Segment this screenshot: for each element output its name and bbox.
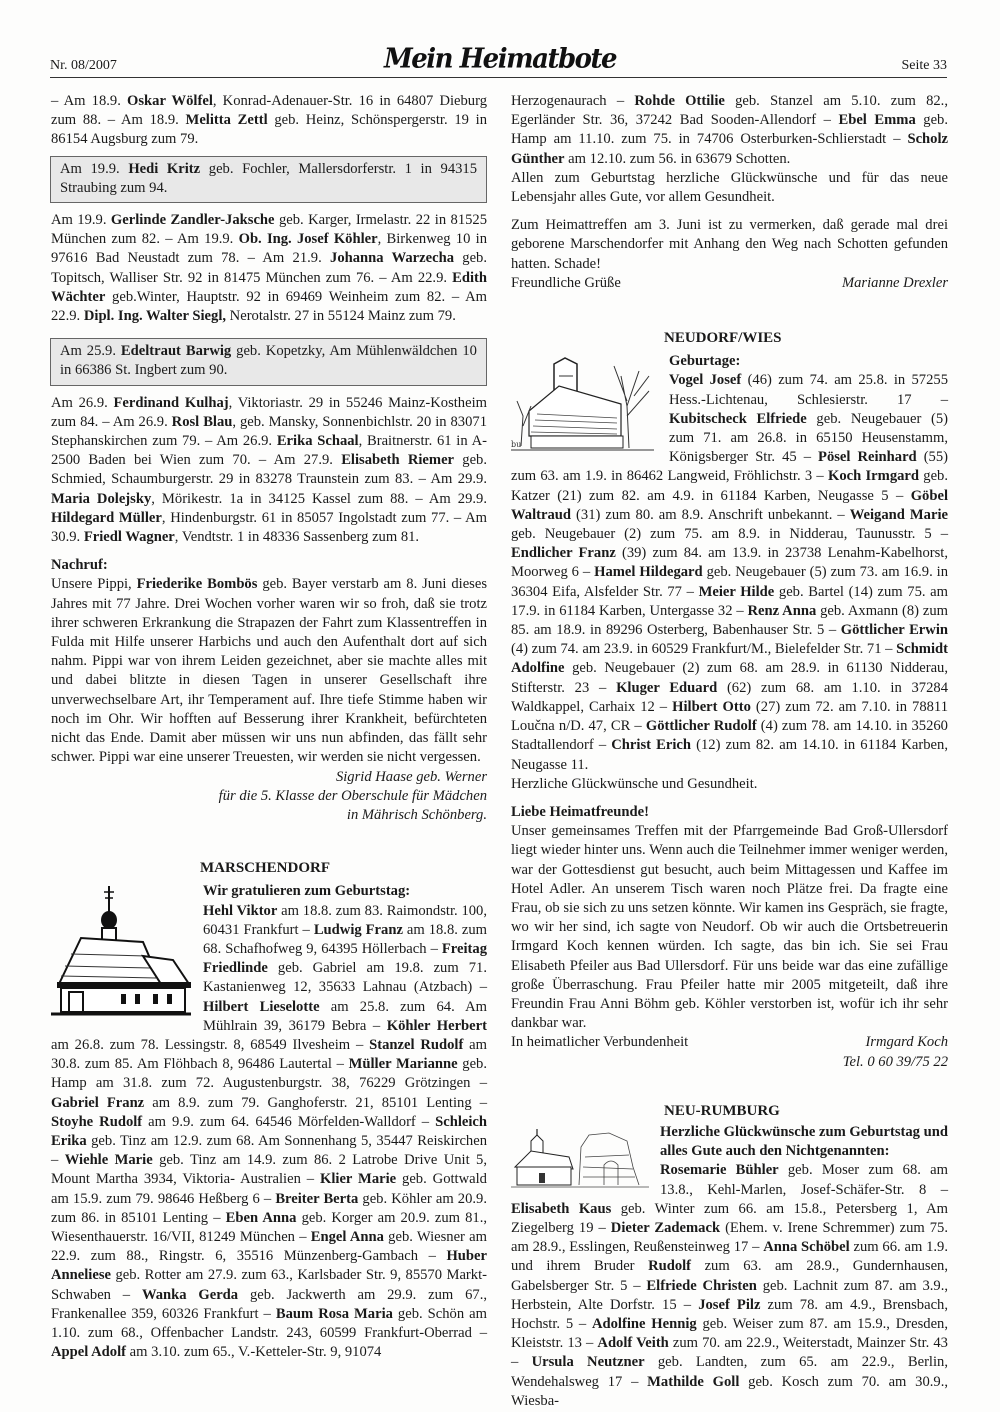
signature: Sigrid Haase geb. Werner [51, 768, 487, 787]
person-name: Ursula Neutzner [532, 1354, 645, 1370]
person-name: Edeltraut Barwig [121, 343, 231, 359]
person-name: Gerlinde Zandler-Jaksche [111, 212, 275, 228]
person-name: Stoyhe Rudolf [51, 1114, 142, 1130]
phone-number: Tel. 0 60 39/75 22 [511, 1053, 948, 1072]
birthday-list: Rosemarie Bühler geb. Moser zum 68. am 1… [511, 1161, 948, 1411]
highlight-text: Am 19.9. Hedi Kritz geb. Fochler, Maller… [60, 160, 477, 198]
closing-text: In heimatlicher Verbundenheit [511, 1033, 688, 1052]
right-column: Herzogenaurach – Rohde Ottilie geb. Stan… [511, 92, 948, 1411]
person-name: Weigand Marie [850, 507, 948, 523]
person-name: Göttlicher Rudolf [646, 718, 757, 734]
obituary-text: Unsere Pippi, Friederike Bombös geb. Bay… [51, 575, 487, 767]
person-name: Adolf Veith [597, 1335, 668, 1351]
birthday-paragraph: Am 26.9. Ferdinand Kulhaj, Viktoriastr. … [51, 394, 487, 548]
person-name: Wiehle Marie [65, 1152, 153, 1168]
person-name: Hilbert Otto [672, 699, 751, 715]
person-name: Meier Hilde [699, 584, 775, 600]
person-name: Köhler Herbert [387, 1018, 487, 1034]
section-title-neu-rumburg: NEU-RUMBURG [664, 1102, 948, 1121]
person-name: Maria Dolejsky [51, 491, 151, 507]
person-name: Baum Rosa Maria [276, 1306, 393, 1322]
highlight-box: Am 25.9. Edeltraut Barwig geb. Kopetzky,… [50, 338, 487, 385]
header-rule [50, 77, 947, 78]
person-name: Wanka Gerda [142, 1287, 238, 1303]
person-name: Johanna Warzecha [330, 250, 454, 266]
person-name: Engel Anna [311, 1229, 384, 1245]
letter-body: Unser gemeinsames Treffen mit der Pfarrg… [511, 822, 948, 1033]
person-name: Endlicher Franz [511, 545, 616, 561]
person-name: Scholz Günther [511, 131, 948, 166]
svg-text:bu: bu [511, 440, 521, 449]
person-name: Mathilde Goll [647, 1374, 739, 1390]
closing-signature: Irmgard Koch [865, 1033, 948, 1052]
left-column: – Am 18.9. Oskar Wölfel, Konrad-Adenauer… [51, 92, 487, 1362]
person-name: Stanzel Rudolf [369, 1037, 463, 1053]
note-paragraph: Zum Heimattreffen am 3. Juni ist zu verm… [511, 216, 948, 274]
person-name: Erika Schaal [277, 433, 359, 449]
person-name: Melitta Zettl [186, 112, 268, 128]
person-name: Klier Marie [320, 1171, 396, 1187]
person-name: Elisabeth Riemer [341, 452, 454, 468]
highlight-text: Am 25.9. Edeltraut Barwig geb. Kopetzky,… [60, 342, 477, 380]
obituary-heading: Nachruf: [51, 556, 487, 575]
person-name: Göttlicher Erwin [841, 622, 948, 638]
newspaper-page: Nr. 08/2007 Mein Heimatbote Seite 33 – A… [0, 0, 1000, 1412]
signature-line: für die 5. Klasse der Oberschule für Mäd… [51, 787, 487, 806]
highlight-box: Am 19.9. Hedi Kritz geb. Fochler, Maller… [50, 156, 487, 203]
person-name: Freitag Friedlinde [203, 941, 487, 976]
person-name: Rudolf [648, 1258, 691, 1274]
person-name: Vogel Josef [669, 372, 741, 388]
person-name: Hamel Hildegard [594, 564, 703, 580]
person-name: Josef Pilz [698, 1297, 760, 1313]
person-name: Friederike Bombös [137, 576, 258, 592]
person-name: Kubitscheck Elfriede [669, 411, 807, 427]
person-name: Anna Schöbel [763, 1239, 850, 1255]
person-name: Ob. Ing. Josef Köhler [239, 231, 378, 247]
person-name: Gabriel Franz [51, 1095, 144, 1111]
birthday-paragraph: Am 19.9. Gerlinde Zandler-Jaksche geb. K… [51, 211, 487, 326]
closing-text: Freundliche Grüße [511, 274, 621, 293]
person-name: Müller Marianne [349, 1056, 458, 1072]
chapel-illustration [509, 1127, 652, 1189]
person-name: Friedl Wagner [84, 529, 175, 545]
person-name: Adolfine Hennig [592, 1316, 697, 1332]
letter-closing: In heimatlicher Verbundenheit Irmgard Ko… [511, 1033, 948, 1052]
person-name: Ludwig Franz [314, 922, 403, 938]
person-name: Eben Anna [226, 1210, 297, 1226]
person-name: Edith Wächter [51, 270, 487, 305]
church-illustration [51, 884, 193, 1016]
person-name: Pösel Reinhard [818, 449, 917, 465]
greeting-paragraph: Allen zum Geburtstag herzliche Glückwüns… [511, 169, 948, 207]
person-name: Breiter Berta [275, 1191, 358, 1207]
person-name: Koch Irmgard [828, 468, 919, 484]
person-name: Schmidt Adolfine [511, 641, 948, 676]
person-name: Dieter Zademack [611, 1220, 720, 1236]
person-name: Hildegard Müller [51, 510, 162, 526]
person-name: Hilbert Lieselotte [203, 999, 320, 1015]
person-name: Christ Erich [611, 737, 691, 753]
person-name: Ebel Emma [838, 112, 915, 128]
closing-signature: Marianne Drexler [842, 274, 948, 293]
person-name: Rohde Ottilie [634, 93, 725, 109]
person-name: Elfriede Christen [646, 1278, 756, 1294]
person-name: Appel Adolf [51, 1344, 126, 1360]
birthday-paragraph: Herzogenaurach – Rohde Ottilie geb. Stan… [511, 92, 948, 169]
person-name: Ferdinand Kulhaj [113, 395, 228, 411]
person-name: Hehl Viktor [203, 903, 277, 919]
person-name: Huber Anneliese [51, 1248, 487, 1283]
person-name: Renz Anna [748, 603, 817, 619]
section-title-marschendorf: MARSCHENDORF [200, 859, 487, 878]
person-name: Dipl. Ing. Walter Siegl, [84, 308, 226, 324]
letter-heading: Liebe Heimatfreunde! [511, 803, 948, 822]
birthday-paragraph: – Am 18.9. Oskar Wölfel, Konrad-Adenauer… [51, 92, 487, 150]
person-name: Rosl Blau [172, 414, 233, 430]
closing-text: Herzliche Glückwünsche und Gesundheit. [511, 775, 948, 794]
person-name: Rosemarie Bühler [660, 1162, 779, 1178]
person-name: Hedi Kritz [128, 161, 200, 177]
church-tree-illustration: bu [509, 356, 659, 456]
masthead-logo: Mein Heimatbote [0, 43, 1000, 75]
page-number: Seite 33 [902, 58, 948, 74]
person-name: Kluger Eduard [616, 680, 717, 696]
letter-closing: Freundliche Grüße Marianne Drexler [511, 274, 948, 293]
signature-line: in Mährisch Schönberg. [51, 806, 487, 825]
person-name: Oskar Wölfel [127, 93, 213, 109]
section-title-neudorf: NEUDORF/WIES [664, 329, 948, 348]
person-name: Elisabeth Kaus [511, 1201, 611, 1217]
